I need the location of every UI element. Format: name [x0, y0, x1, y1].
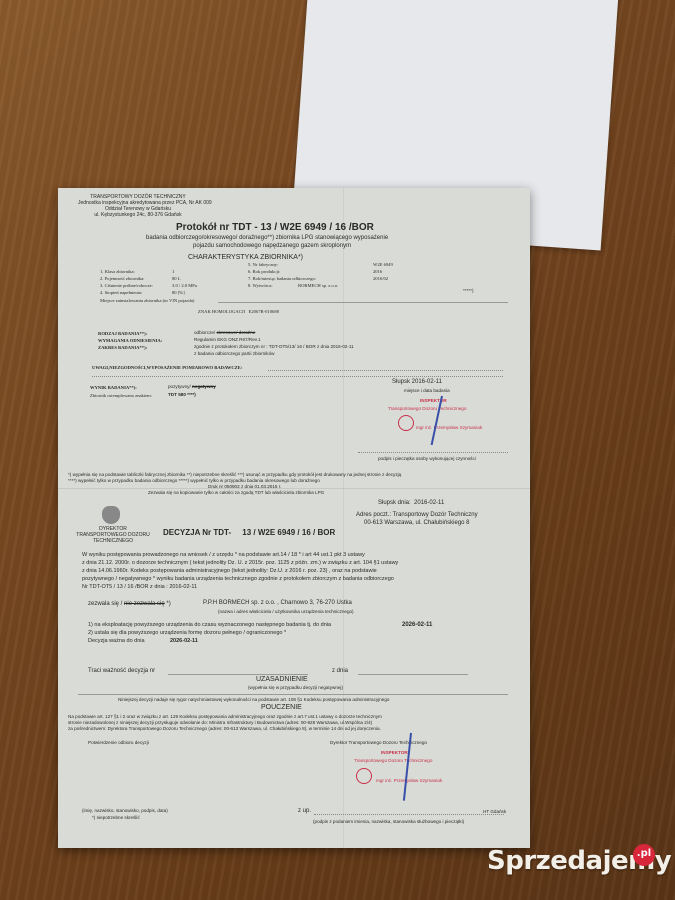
signature-stroke — [431, 396, 443, 445]
protocol-number-1: 13 — [260, 222, 271, 233]
field-label: 1. Klasa zbiornika: — [100, 268, 172, 275]
decision-place-label: Słupsk dnia: — [378, 500, 411, 506]
decision-body-line: pozytywnego / negatywnego * wyniku badan… — [82, 575, 398, 583]
protocol-title-suffix: /BOR — [349, 222, 374, 233]
field-label: 8. Wytwórca: — [248, 282, 298, 289]
exam-scope-value: zgodnie z protokołem zbiorczym nr : TDT-… — [194, 343, 354, 350]
requirements-label: WYMAGANIA ODNIESIENIA: — [98, 337, 162, 344]
decision-item-1: 1) na eksploatację powyższego urządzenia… — [88, 621, 331, 629]
justification-heading: UZASADNIENIE — [256, 676, 308, 683]
polish-eagle-emblem-icon — [102, 506, 120, 524]
field-value: 3.0 / 2.0 MPa — [172, 283, 197, 288]
org-address: ul. Kębzystunkego 24c, 80-376 Gdańsk — [78, 212, 198, 218]
permit: zezwala się / nie zezwala się *) — [88, 601, 171, 607]
decision-body-line: Nr TDT-OT5 / 13 / 16 /BOR z dnia : 2016-… — [82, 583, 398, 591]
field-label: 5. Nr fabryczny: — [248, 261, 373, 268]
instruction-text: Na podstawie art. 127 §1 i 2 oraz w zwią… — [68, 714, 382, 732]
decision-date: 2016-02-11 — [414, 500, 444, 506]
decision-inspector-title: INSPEKTOR — [381, 750, 408, 755]
field-value: 2016/02 — [373, 276, 388, 281]
permit-marker: *) — [166, 601, 170, 607]
footnotes: *) wypełnia się na podstawie tabliczki f… — [68, 472, 401, 496]
revoked-date-label: z dnia — [332, 668, 348, 674]
remarks-line — [268, 370, 503, 371]
stamp-mark: TDT 580 ****) — [168, 392, 196, 397]
exam-scope-value-2: z badania odbiorczego partii zbiorników — [194, 350, 354, 357]
receipt-caption: (imię, nazwisko, stanowisko, podpis, dat… — [82, 808, 168, 813]
inspection-document: TRANSPORTOWY DOZÓR TECHNICZNY Jednostka … — [58, 188, 530, 848]
exam-labels: RODZAJ BADANIA**): WYMAGANIA ODNIESIENIA… — [98, 330, 162, 351]
signature-line — [358, 452, 508, 453]
exam-type-value: odbiorcze/ — [194, 330, 215, 335]
field-value: 80 L — [172, 276, 181, 281]
on-behalf-label: z up. — [298, 808, 311, 814]
on-behalf-line — [314, 814, 504, 815]
exam-scope-label: ZAKRES BADANIA**): — [98, 344, 162, 351]
homologation-label: ZNAK HOMOLOGACJI — [198, 309, 245, 314]
footer-code: HT Gdańsk — [483, 809, 506, 814]
decision-item-2: 2) ustala się dla powyższego urządzenia … — [88, 629, 331, 637]
remarks-line-2 — [92, 376, 503, 377]
inspector-seal-icon — [398, 415, 414, 431]
decision-body-line: z dnia 21.12. 2000r. o dozorze techniczn… — [82, 559, 398, 567]
org-header: TRANSPORTOWY DOZÓR TECHNICZNY Jednostka … — [78, 194, 198, 218]
field-value: BORMECH sp. z o.o. — [298, 283, 338, 288]
decision-issuer: DYREKTOR TRANSPORTOWEGO DOZORU TECHNICZN… — [68, 526, 158, 544]
decision-place-date: Słupsk dnia: 2016-02-11 — [378, 500, 444, 506]
exam-type-label: RODZAJ BADANIA**): — [98, 330, 162, 337]
stamp-value: TDT 580 — [168, 392, 186, 397]
strike-note: *) niepotrzebne skreślić — [92, 815, 140, 820]
instruction-line: za pośrednictwem: Dyrektora Transportowe… — [68, 726, 382, 732]
director-label: Dyrektor Transportowego Dozoru Techniczn… — [330, 740, 427, 745]
result-positive: pozytywny/ — [168, 384, 191, 389]
address-line-1: Adres poczt.: Transportowy Dozór Technic… — [356, 511, 478, 519]
justification-line — [78, 694, 508, 695]
protocol-number-2: / W2E 6949 / — [274, 222, 332, 233]
homologation: ZNAK HOMOLOGACJI E2067R-010688 — [198, 309, 279, 314]
field-value: 80 [%] — [172, 290, 185, 295]
revoked-decision-label: Traci ważność decyzja nr — [88, 668, 155, 674]
mount-place-line — [218, 302, 508, 303]
inspector-name: mgr inż. Przemysław Szymaniak — [416, 425, 482, 430]
decision-number: 13 / W2E 6949 / 16 / BOR — [242, 528, 335, 537]
decision-items: 1) na eksploatację powyższego urządzenia… — [88, 621, 331, 645]
characteristics-heading: CHARAKTERYSTYKA ZBIORNIKA*) — [188, 254, 303, 261]
tank-fields-right: 5. Nr fabryczny:W2E 6949 6. Rok produkcj… — [248, 261, 393, 289]
signature-caption-2: (podpis z podaniem imienia, nazwiska, st… — [313, 819, 464, 824]
field-label: 6. Rok produkcji: — [248, 268, 373, 275]
field-label: 2. Pojemność zbiornika: — [100, 275, 172, 282]
revoked-decision-line — [168, 674, 308, 675]
issuer-line: TECHNICZNEGO — [68, 538, 158, 544]
justification-caption: (wypełnia się w przypadku decyzji negaty… — [248, 685, 343, 690]
permit-label: zezwala się / — [88, 601, 122, 607]
decision-address: Adres poczt.: Transportowy Dozór Technic… — [356, 511, 478, 527]
inspector-title: INSPEKTOR — [420, 398, 447, 403]
inspector-org: Transportowego Dozoru Technicznego — [388, 406, 466, 411]
tank-fields-left: 1. Klasa zbiornika:1 2. Pojemność zbiorn… — [100, 268, 197, 296]
remarks-label: UWAGI,NIEZGODNOŚCI,WYPOSAŻENIE POMIAROWO… — [92, 365, 242, 370]
address-line-2: 00-613 Warszawa, ul. Chałubińskiego 8 — [356, 519, 478, 527]
result-value: pozytywny/ negatywny — [168, 384, 216, 389]
field-label: 4. Stopień napełnienia: — [100, 289, 172, 296]
decision-inspector-org: Transportowego Dozoru Technicznego — [354, 758, 432, 763]
protocol-number-3: 16 — [335, 222, 346, 233]
decision-body-line: W wyniku postępowania prowadzonego na wn… — [82, 551, 398, 559]
field-value: 1 — [172, 269, 174, 274]
valid-until-date: 2026-02-11 — [170, 638, 198, 644]
valid-until-label: Decyzja ważna do dnia — [88, 637, 170, 645]
mount-place-label: Miejsce zainstalowania zbiornika (nr VIN… — [100, 298, 194, 303]
decision-title: DECYZJA Nr TDT- 13 / W2E 6949 / 16 / BOR — [163, 528, 335, 537]
note-marker: *****) — [463, 288, 473, 293]
decision-body: W wyniku postępowania prowadzonego na wn… — [82, 551, 398, 591]
protocol-title: Protokół nr TDT - 13 / W2E 6949 / 16 /BO… — [176, 222, 374, 233]
revoked-date-line — [358, 674, 468, 675]
decision-body-line: z dnia 14.06.1960r. Kodeks postępowania … — [82, 567, 398, 575]
instruction-heading: POUCZENIE — [261, 704, 302, 711]
exam-place-date-caption: miejsce i data badania — [404, 388, 450, 393]
owner-name: P.P.H BORMECH sp. z o.o. , Charnowo 3, 7… — [203, 600, 352, 606]
footnote-4: Zezwala się na kopiowanie tylko w całośc… — [68, 490, 401, 496]
protocol-subtitle: badania odbiorczego/okresowego/ doraźneg… — [146, 235, 388, 241]
receipt-label: Potwierdzenie odbioru decyzji — [88, 740, 149, 745]
field-value: 2016 — [373, 269, 382, 274]
immediate-enforcement-note: Niniejszej decyzji nadaje się rygor naty… — [118, 697, 389, 702]
field-value: W2E 6949 — [373, 262, 393, 267]
next-exam-date: 2026-02-11 — [402, 622, 432, 628]
stamp-marker: ****) — [187, 392, 196, 397]
signature-caption: podpis i pieczątka osoby wykonującej czy… — [378, 456, 476, 461]
watermark-tld: .pl — [637, 848, 651, 859]
result-negative-struck: negatywny — [192, 384, 216, 389]
permit-struck: nie zezwala się — [124, 601, 165, 607]
decision-seal-icon — [356, 768, 372, 784]
result-label: WYNIK BADANIA**): — [90, 385, 137, 390]
requirements-value: Regulamin EKG ONZ R67/Rev.1 — [194, 336, 354, 343]
stamp-label: Zbiornik ostemplowano znakiem: — [90, 393, 152, 398]
exam-values: odbiorcze/ okresowe/ doraźne Regulamin E… — [194, 329, 354, 357]
homologation-value: E2067R-010688 — [249, 309, 279, 314]
owner-caption: (nazwa i adres właściciela / użytkownika… — [218, 609, 354, 614]
decision-title-prefix: DECYZJA Nr TDT- — [163, 528, 231, 537]
exam-type-struck: okresowe/ doraźne — [216, 330, 255, 335]
watermark-badge: .pl — [633, 844, 655, 866]
protocol-subtitle-2: pojazdu samochodowego napędzanego gazem … — [193, 243, 351, 249]
decision-inspector-name: mgr inż. Przemysław Szymaniak — [376, 778, 442, 783]
exam-place-date: Słupsk 2016-02-11 — [392, 379, 442, 385]
field-label: 7. Rok/miesiąc badania odbiorczego: — [248, 275, 373, 282]
protocol-title-prefix: Protokół nr TDT - — [176, 222, 258, 233]
field-label: 3. Ciśnienie próbne/robocze: — [100, 282, 172, 289]
